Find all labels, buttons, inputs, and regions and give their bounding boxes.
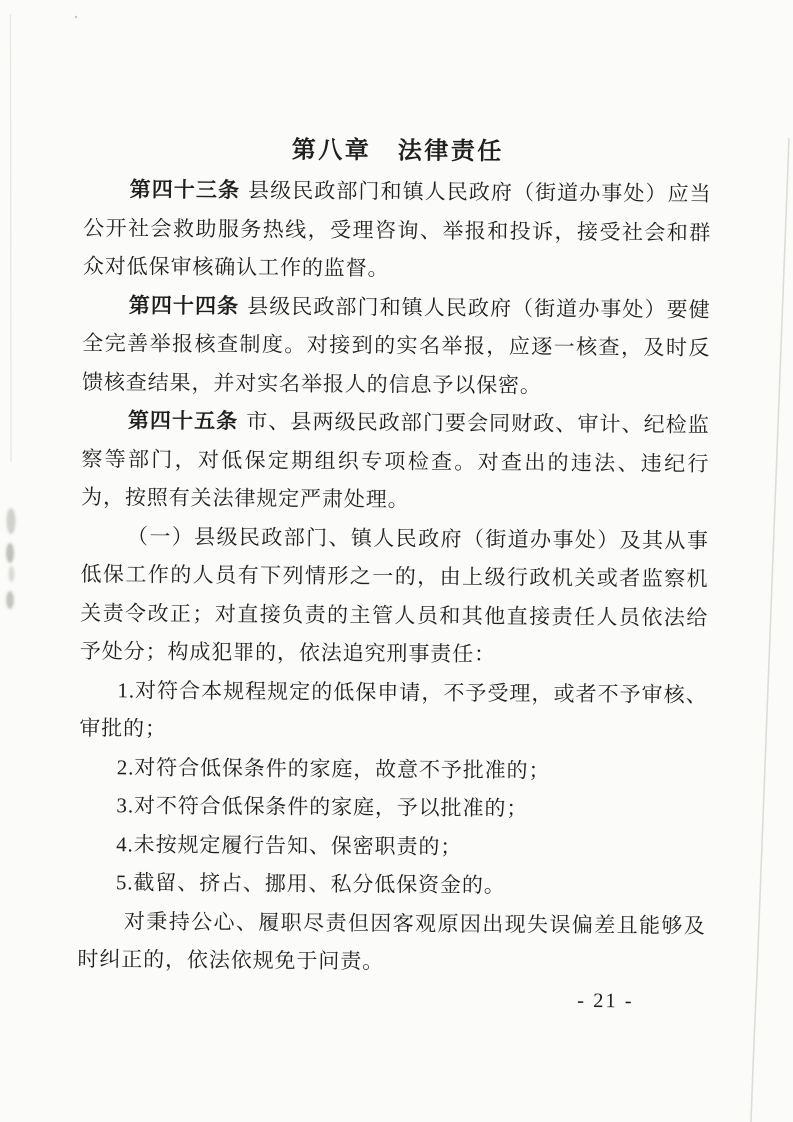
article-paragraph: 第四十三条县级民政部门和镇人民政府（街道办事处）应当公开社会救助服务热线，受理咨…: [83, 170, 712, 290]
closing-paragraph: 对秉持公心、履职尽责但因客观原因出现失误偏差且能够及时纠正的，依法依规免于问责。: [77, 901, 706, 983]
list-item-paragraph: 2.对符合低保条件的家庭，故意不予批准的；: [79, 747, 707, 790]
scanned-page: 第八章 法律责任 第四十三条县级民政部门和镇人民政府（街道办事处）应当公开社会救…: [0, 0, 793, 1122]
paragraph-text: （一）县级民政部门、镇人民政府（街道办事处）及其从事低保工作的人员有下列情形之一…: [80, 524, 709, 666]
page-number: - 21 -: [577, 990, 634, 1013]
list-item-paragraph: 4.未按规定履行告知、保密职责的；: [78, 824, 706, 867]
document-body: 第八章 法律责任 第四十三条县级民政部门和镇人民政府（街道办事处）应当公开社会救…: [76, 128, 712, 1093]
list-item-paragraph: 3.对不符合低保条件的家庭，予以批准的；: [79, 786, 707, 829]
paragraph-text: 对秉持公心、履职尽责但因客观原因出现失误偏差且能够及时纠正的，依法依规免于问责。: [77, 909, 705, 974]
paragraph-text: 4.未按规定履行告知、保密职责的；: [116, 832, 462, 859]
article-number: 第四十三条: [130, 177, 241, 202]
paragraph-text: 1.对符合本规程规定的低保申请，不予受理，或者不予审核、审批的；: [79, 678, 707, 741]
scan-speck: [75, 16, 77, 18]
clause-paragraph: （一）县级民政部门、镇人民政府（街道办事处）及其从事低保工作的人员有下列情形之一…: [80, 516, 709, 675]
list-item-paragraph: 5.截留、挤占、挪用、私分低保资金的。: [78, 863, 706, 906]
list-item-paragraph: 1.对符合本规程规定的低保申请，不予受理，或者不予审核、审批的；: [79, 670, 708, 752]
article-paragraph: 第四十四条县级民政部门和镇人民政府（街道办事处）要健全完善举报核查制度。对接到的…: [82, 285, 711, 405]
paragraph-text: 2.对符合低保条件的家庭，故意不予批准的；: [117, 755, 551, 782]
paragraph-text: 3.对不符合低保条件的家庭，予以批准的；: [116, 793, 528, 820]
article-number: 第四十四条: [129, 293, 240, 318]
article-number: 第四十五条: [128, 408, 239, 433]
scan-smudge-cluster: [6, 508, 16, 609]
scan-edge-line-right: [751, 138, 789, 1122]
article-paragraph: 第四十五条市、县两级民政部门要会同财政、审计、纪检监察等部门，对低保定期组织专项…: [81, 401, 710, 521]
paragraph-text: 5.截留、挤占、挪用、私分低保资金的。: [116, 870, 506, 897]
scan-edge-line-left: [11, 14, 12, 462]
chapter-heading: 第八章 法律责任: [84, 128, 712, 175]
